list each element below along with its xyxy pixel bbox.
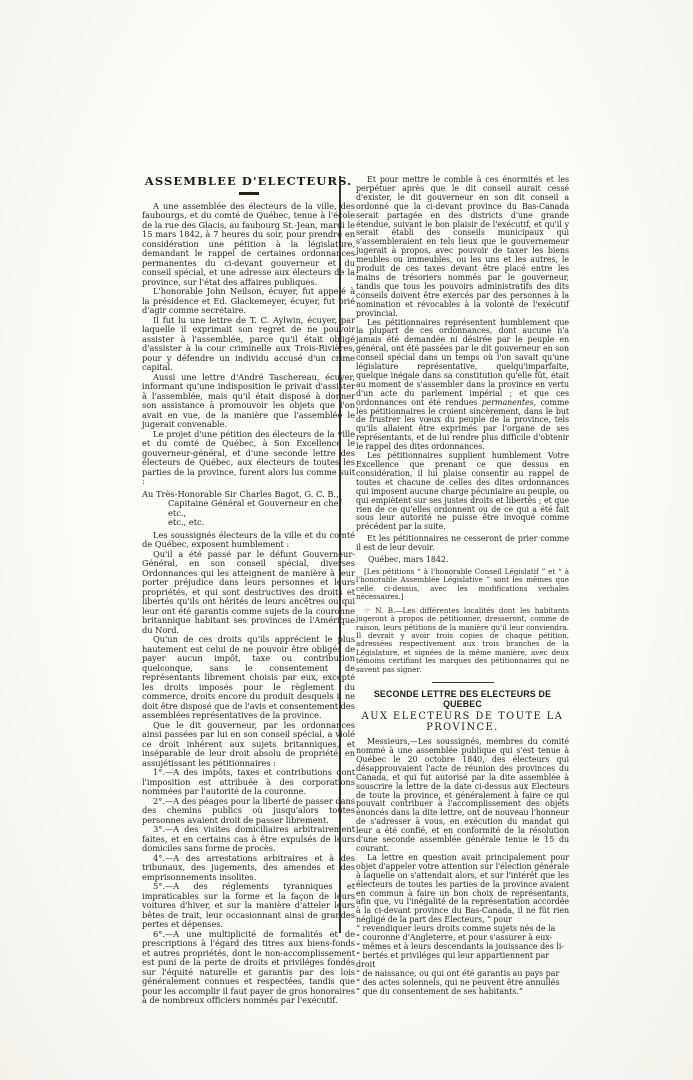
paragraph: Les pétitionnaires supplient humblement … (356, 452, 569, 532)
paragraph: 3°.—A des visites domiciliaires arbitrai… (142, 825, 355, 854)
page-background: ASSEMBLEE D'ELECTEURS.A une assemblée de… (0, 0, 693, 1080)
paragraph: Qu'il a été passé par le défunt Gouverne… (142, 550, 355, 636)
bracketed-note: [Les pétitions “ à l'honorable Conseil L… (356, 568, 569, 602)
address-line: etc., etc. (142, 518, 355, 528)
quoted-lines: “ revendiquer leurs droits comme sujets … (356, 925, 569, 996)
section-heading-line2: AUX ELECTEURS DE TOUTE LA PROVINCE. (356, 711, 569, 733)
paragraph: L'honorable John Neilson, écuyer, fut ap… (142, 287, 355, 316)
paragraph: A une assemblée des électeurs de la vill… (142, 202, 355, 288)
quoted-line: “ que du consentement de ses habitants.” (356, 988, 569, 997)
section-divider-rule (432, 682, 494, 683)
paragraph: Que le dit gouverneur, par les ordonnanc… (142, 721, 355, 769)
paragraph: Les soussignés électeurs de la ville et … (142, 531, 355, 550)
paragraph: La lettre en question avait principaleme… (356, 854, 569, 925)
address-line: Capitaine Général et Gouverneur en chef … (142, 499, 355, 518)
quoted-line: “ bertés et priviléges qui leur appartie… (356, 952, 569, 970)
paragraph: 2°.—A des péages pour la liberté de pass… (142, 797, 355, 826)
paragraph: Aussi une lettre d'André Taschereau, écu… (142, 373, 355, 430)
newspaper-page: { "page": { "kind": "scanned newspaper p… (0, 0, 693, 1080)
column-divider-rule (339, 176, 341, 933)
paragraph: Il fut lu une lettre de T. C. Aylwin, éc… (142, 316, 355, 373)
nota-bene: ☞ N. B.—Les différentes localités dont l… (356, 607, 569, 674)
paragraph: Messieurs,—Les soussignés, membres du co… (356, 738, 569, 854)
column-left: ASSEMBLEE D'ELECTEURS.A une assemblée de… (142, 172, 355, 1006)
address-block: Au Très-Honorable Sir Charles Bagot, G. … (142, 490, 355, 528)
paragraph: 6°.—A une multiplicité de formalités et … (142, 930, 355, 1006)
paragraph: Le projet d'une pétition des électeurs d… (142, 430, 355, 487)
paragraph: Et pour mettre le comble à ces énormités… (356, 176, 569, 319)
paragraph: 1°.—A des impôts, taxes et contributions… (142, 768, 355, 797)
paragraph: 5°.—A des réglements tyranniques et impr… (142, 882, 355, 930)
title-rule (239, 192, 259, 195)
paragraph: Et les pétitionnaires ne cesseront de pr… (356, 535, 569, 553)
paragraph: Les pétitionnaires représentent humbleme… (356, 319, 569, 453)
dateline: Québec, mars 1842. (356, 555, 569, 564)
paragraph: 4°.—A des arrestations arbitraires et à … (142, 854, 355, 883)
nota-bene-text: N. B.—Les différentes localités dont les… (356, 606, 569, 674)
paragraph: Qu'un de ces droits qu'ils apprécient le… (142, 635, 355, 721)
section-heading-line1: SECONDE LETTRE DES ELECTEURS DE QUEBEC (356, 689, 569, 709)
article-title: ASSEMBLEE D'ELECTEURS. (142, 174, 355, 188)
column-right: Et pour mettre le comble à ces énormités… (356, 176, 569, 996)
